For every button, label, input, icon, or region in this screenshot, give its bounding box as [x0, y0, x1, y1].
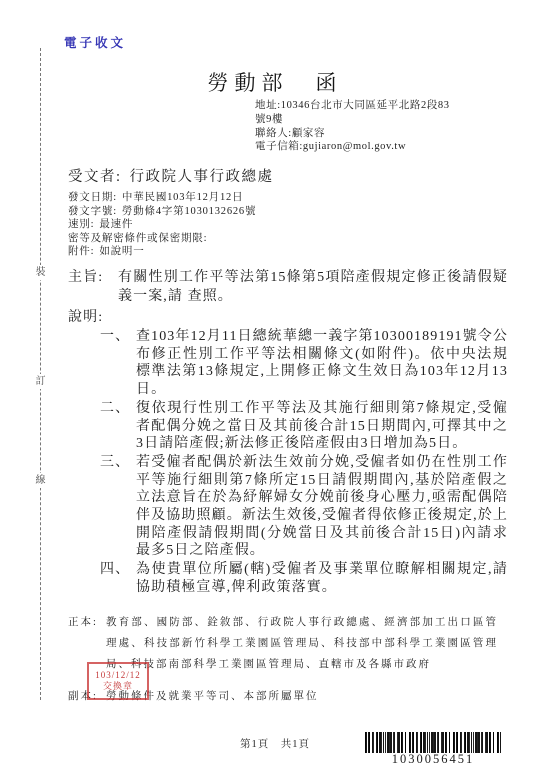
explanation-item-1: 一、 查103年12月11日總統華總一義字第10300189191號令公布修正性…: [100, 328, 508, 399]
official-letter-page: 電子收文 裝 訂 線 勞動部 函 地址:10346台北市大同區延平北路2段83 …: [0, 0, 550, 777]
meta-label: 速別:: [68, 219, 94, 230]
red-exchange-stamp: 103/12/12 交換章: [87, 662, 149, 700]
item-number: 三、: [100, 454, 136, 560]
explanation-item-2: 二、 復依現行性別工作平等法及其施行細則第7條規定,受僱者配偶分娩之當日及其前後…: [100, 400, 508, 453]
meta-label: 發文字號:: [68, 206, 117, 217]
explanation-label: 說明:: [68, 308, 508, 327]
letter-body: 主旨: 有關性別工作平等法第15條第5項陪產假規定修正後請假疑義一案,請 查照。…: [68, 268, 508, 597]
recipient-line: 受文者:行政院人事行政總處: [68, 165, 274, 186]
meta-row-priority: 速別:最速件: [68, 218, 256, 232]
meta-value: 如說明一: [99, 246, 144, 257]
barcode-number: 1030056451: [365, 753, 501, 766]
subject-row: 主旨: 有關性別工作平等法第15條第5項陪產假規定修正後請假疑義一案,請 查照。: [68, 268, 508, 306]
item-number: 二、: [100, 400, 136, 453]
sender-address-line2: 號9樓: [255, 113, 450, 127]
binding-mark-zhuang: 裝: [33, 265, 48, 280]
item-text: 查103年12月11日總統華總一義字第10300189191號令公布修正性別工作…: [136, 328, 508, 399]
explanation-items: 一、 查103年12月11日總統華總一義字第10300189191號令公布修正性…: [100, 328, 508, 597]
document-title: 勞動部 函: [0, 67, 550, 97]
item-text: 為使貴單位所屬(轄)受僱者及事業單位瞭解相關規定,請協助積極宣導,俾利政策落實。: [136, 561, 508, 596]
cc-copy-text: 勞動條件及就業平等司、本部所屬單位: [106, 690, 498, 704]
subject-text: 有關性別工作平等法第15條第5項陪產假規定修正後請假疑義一案,請 查照。: [118, 268, 508, 306]
explanation-item-4: 四、 為使貴單位所屬(轄)受僱者及事業單位瞭解相關規定,請協助積極宣導,俾利政策…: [100, 561, 508, 596]
recipient-label: 受文者:: [68, 169, 122, 185]
meta-block: 發文日期:中華民國103年12月12日 發文字號:勞動條4字第103013262…: [68, 191, 256, 259]
meta-row-attachment: 附件:如說明一: [68, 245, 256, 259]
recipient-value: 行政院人事行政總處: [130, 169, 274, 185]
subject-label: 主旨:: [68, 268, 118, 306]
meta-label: 密等及解密條件或保密期限:: [68, 233, 207, 244]
meta-row-classification: 密等及解密條件或保密期限:: [68, 232, 256, 246]
item-number: 一、: [100, 328, 136, 399]
meta-row-date: 發文日期:中華民國103年12月12日: [68, 191, 256, 205]
binding-mark-xian: 線: [33, 473, 48, 488]
barcode-image: [365, 732, 501, 753]
explanation-item-3: 三、 若受僱者配偶於新法生效前分娩,受僱者如仍在性別工作平等施行細則第7條所定1…: [100, 454, 508, 560]
stamp-date: 103/12/12: [95, 670, 141, 681]
item-text: 若受僱者配偶於新法生效前分娩,受僱者如仍在性別工作平等施行細則第7條所定15日請…: [136, 454, 508, 560]
sender-email: 電子信箱:gujiaron@mol.gov.tw: [255, 140, 450, 154]
e-filing-received-mark: 電子收文: [64, 33, 126, 51]
meta-value: 中華民國103年12月12日: [122, 192, 243, 203]
sender-contact: 聯絡人:顧家容: [255, 127, 450, 141]
item-number: 四、: [100, 561, 136, 596]
item-text: 復依現行性別工作平等法及其施行細則第7條規定,受僱者配偶分娩之當日及其前後合計1…: [136, 400, 508, 453]
original-copy-text: 教育部、國防部、銓敘部、行政院人事行政總處、經濟部加工出口區管理處、科技部新竹科…: [106, 612, 498, 675]
barcode-block: 1030056451: [365, 732, 501, 766]
binding-mark-ding: 訂: [33, 374, 48, 389]
sender-address-line1: 地址:10346台北市大同區延平北路2段83: [255, 99, 450, 113]
sender-info-block: 地址:10346台北市大同區延平北路2段83 號9樓 聯絡人:顧家容 電子信箱:…: [255, 99, 450, 154]
stamp-text: 交換章: [103, 681, 133, 692]
meta-label: 附件:: [68, 246, 94, 257]
meta-label: 發文日期:: [68, 192, 117, 203]
meta-row-refno: 發文字號:勞動條4字第1030132626號: [68, 205, 256, 219]
meta-value: 最速件: [99, 219, 133, 230]
meta-value: 勞動條4字第1030132626號: [122, 206, 256, 217]
